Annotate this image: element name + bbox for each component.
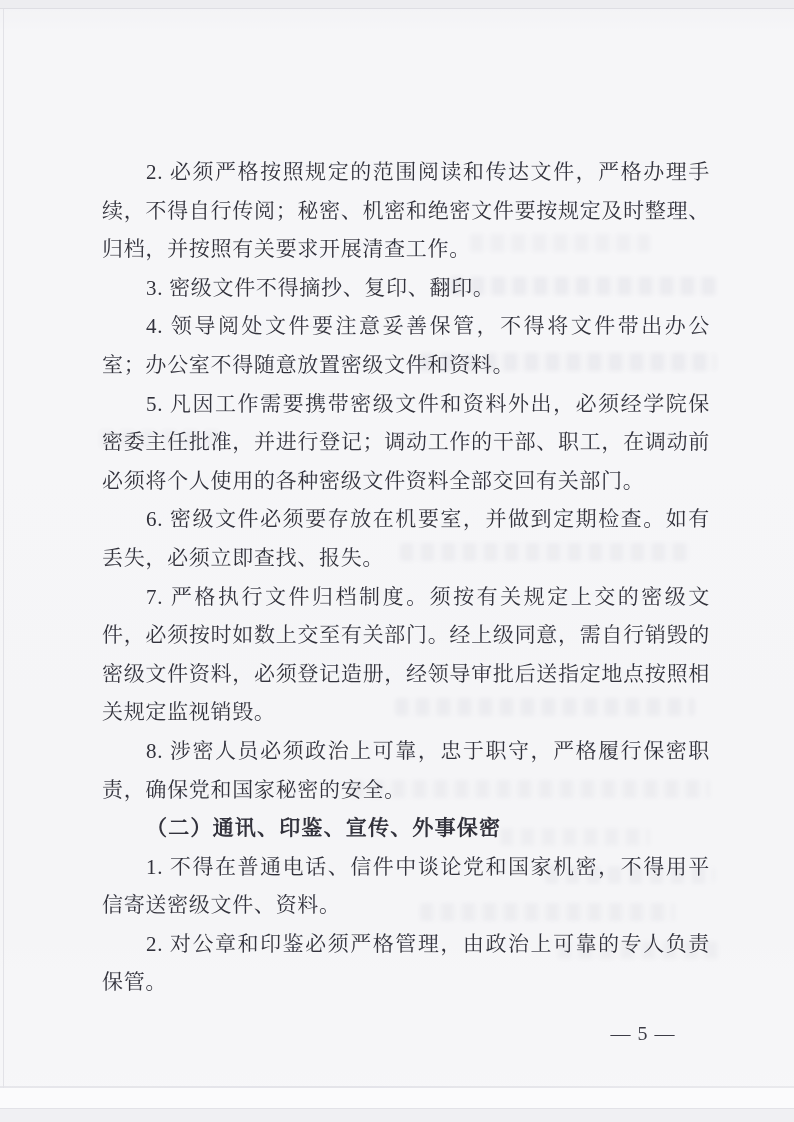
paragraph-item-3: 3. 密级文件不得摘抄、复印、翻印。 [102,269,710,308]
paragraph-item-5: 5. 凡因工作需要携带密级文件和资料外出，必须经学院保密委主任批准，并进行登记；… [102,385,710,501]
paper-top-edge [0,0,794,9]
paragraph-item-6: 6. 密级文件必须要存放在机要室，并做到定期检查。如有丢失，必须立即查找、报失。 [102,500,710,577]
paragraph-item-8: 8. 涉密人员必须政治上可靠，忠于职守，严格履行保密职责，确保党和国家秘密的安全… [102,732,710,809]
section-heading-2: （二）通讯、印鉴、宣传、外事保密 [102,809,710,848]
paragraph-item-s2-1: 1. 不得在普通电话、信件中谈论党和国家机密，不得用平信寄送密级文件、资料。 [102,848,710,925]
paper-bottom-band [0,1088,794,1108]
paragraph-item-4: 4. 领导阅处文件要注意妥善保管，不得将文件带出办公室；办公室不得随意放置密级文… [102,307,710,384]
page-number: — 5 — [598,1023,688,1046]
paragraph-item-7: 7. 严格执行文件归档制度。须按有关规定上交的密级文件，必须按时如数上交至有关部… [102,578,710,732]
document-body: 2. 必须严格按照规定的范围阅读和传达文件，严格办理手续，不得自行传阅；秘密、机… [102,153,710,1002]
paragraph-item-s2-2: 2. 对公章和印鉴必须严格管理，由政治上可靠的专人负责保管。 [102,925,710,1002]
paragraph-item-2: 2. 必须严格按照规定的范围阅读和传达文件，严格办理手续，不得自行传阅；秘密、机… [102,153,710,269]
document-page: 2. 必须严格按照规定的范围阅读和传达文件，严格办理手续，不得自行传阅；秘密、机… [0,0,794,1122]
paper-left-edge [3,9,4,1089]
underlying-sheet-edge [0,1108,794,1122]
